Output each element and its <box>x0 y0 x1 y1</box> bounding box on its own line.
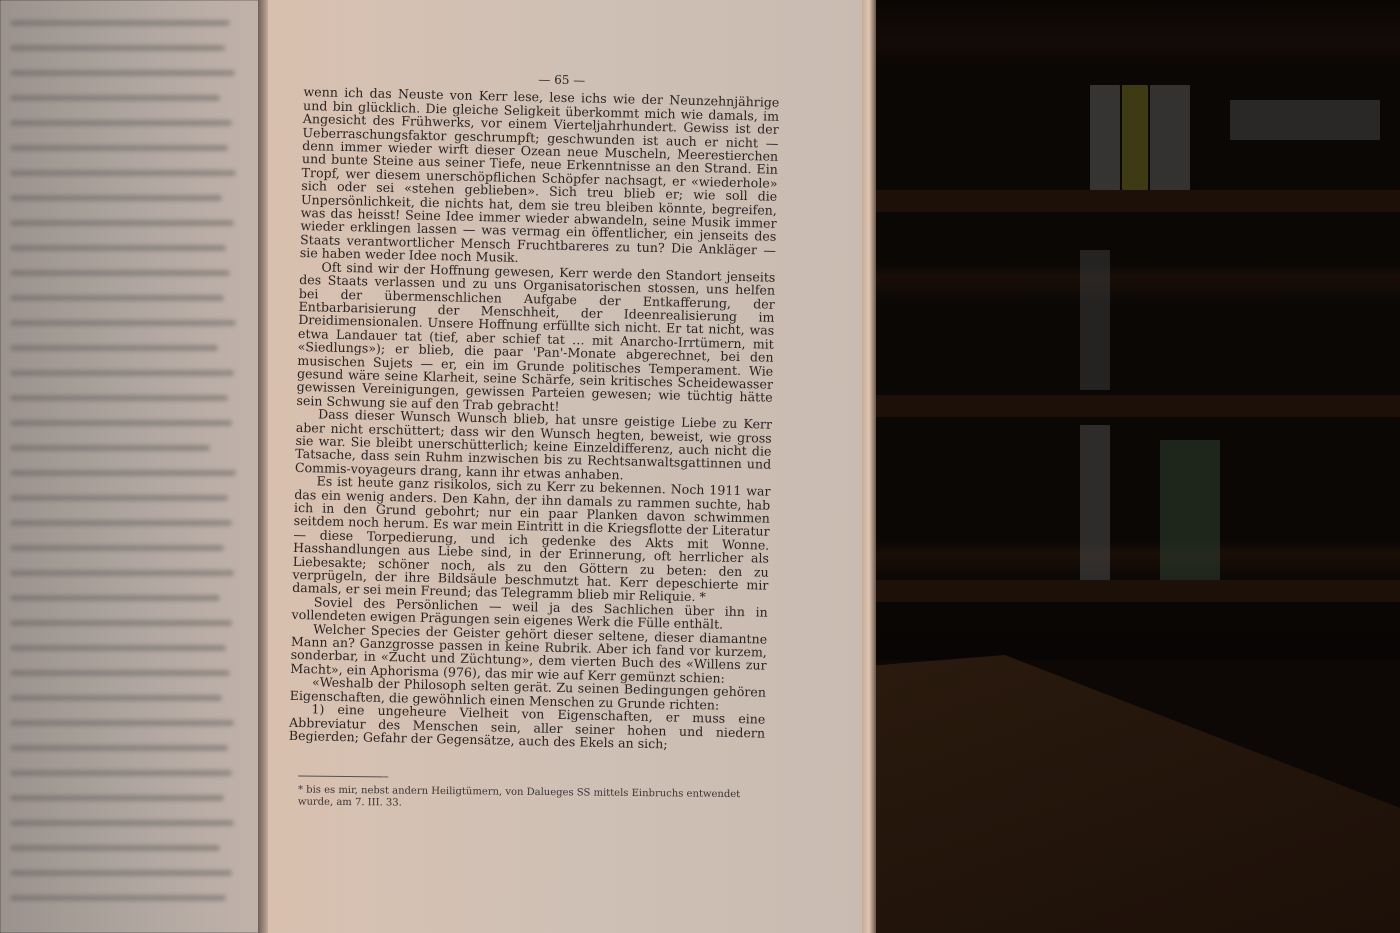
book-spine <box>1230 100 1380 140</box>
shelf-board <box>850 580 1400 602</box>
paragraph: wenn ich das Neuste von Kerr lese, lese … <box>300 85 780 270</box>
paragraph: Es ist heute ganz risikolos, sich zu Ker… <box>292 474 771 605</box>
book-spine <box>1122 85 1148 190</box>
wooden-table <box>866 655 1400 933</box>
paragraph: Oft sind wir der Hoffnung gewesen, Kerr … <box>296 260 775 418</box>
book-spine <box>1080 425 1110 580</box>
shelf-board <box>850 190 1400 212</box>
footnote-rule <box>298 775 388 777</box>
page-text: — 65 — wenn ich das Neuste von Kerr lese… <box>289 68 780 753</box>
book-spine <box>1080 250 1110 390</box>
book-spine <box>1150 85 1190 190</box>
photo-scene: — 65 — wenn ich das Neuste von Kerr lese… <box>0 0 1400 933</box>
footnote: * bis es mir, nebst andern Heiligtümern,… <box>298 775 778 813</box>
page-edge <box>862 0 876 933</box>
footnote-text: * bis es mir, nebst andern Heiligtümern,… <box>298 784 778 813</box>
book-spine <box>1090 85 1120 190</box>
left-page-text-lines <box>0 0 240 933</box>
shelf-board <box>850 395 1400 417</box>
paragraph: Dass dieser Wunsch Wunsch blieb, hat uns… <box>295 407 772 485</box>
book-spine <box>1160 440 1220 580</box>
